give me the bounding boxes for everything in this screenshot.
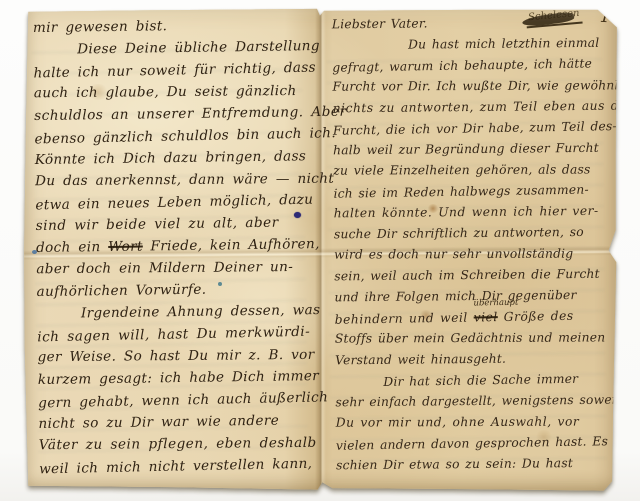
handwritten-line: auch ich glaube, Du seist gänzlich	[34, 80, 324, 105]
letter-page-left: mir gewesen bist. Diese Deine übliche Da…	[33, 13, 329, 479]
letter-greeting: Liebster Vater.	[332, 12, 618, 36]
inserted-word: überhaupt	[473, 299, 518, 308]
line-text: Friede, kein Aufhören,	[143, 236, 320, 254]
line-text: doch ein	[36, 239, 108, 256]
handwritten-line: halb weil zur Begründung dieser Furcht	[333, 138, 619, 162]
handwritten-line: wird es doch nur sehr unvollständig	[334, 243, 620, 265]
paper-shadow-wrap: Schelesen 1 mir gewesen bist. Diese Dein…	[0, 0, 640, 501]
handwritten-line: schien Dir etwa so zu sein: Du hast	[336, 453, 622, 477]
handwritten-line: sein, weil auch im Schreiben die Furcht	[334, 264, 620, 288]
correction-group: überhauptviel	[474, 307, 498, 328]
letter-scan: Schelesen 1 mir gewesen bist. Diese Dein…	[0, 0, 640, 501]
handwritten-line: weil ich mich nicht verstellen kann,	[39, 452, 329, 480]
handwritten-line: aber doch ein Mildern Deiner un-	[36, 256, 326, 281]
letter-paper: Schelesen 1 mir gewesen bist. Diese Dein…	[23, 6, 618, 493]
handwritten-line: halten könnte. Und wenn ich hier ver-	[334, 201, 620, 225]
handwritten-line: zu viele Einzelheiten gehören, als dass	[333, 159, 619, 181]
handwritten-line: sehr einfach dargestellt, wenigstens sow…	[335, 390, 621, 414]
struck-word: viel	[474, 310, 498, 324]
handwritten-line: Du vor mir und, ohne Auswahl, vor	[336, 411, 622, 433]
handwritten-line: suche Dir schriftlich zu antworten, so	[334, 222, 620, 246]
handwritten-line: Stoffs über mein Gedächtnis und meinen	[335, 327, 621, 349]
struck-word: Wort	[108, 239, 143, 255]
letter-page-right: Liebster Vater. Du hast mich letzthin ei…	[332, 12, 622, 477]
handwritten-line: Furcht vor Dir. Ich wußte Dir, wie gewöh…	[332, 75, 618, 97]
handwritten-line: ger Weise. So hast Du mir z. B. vor	[37, 344, 327, 369]
line-text: behindern und weil	[335, 310, 474, 326]
line-text: Größe des	[498, 309, 574, 324]
